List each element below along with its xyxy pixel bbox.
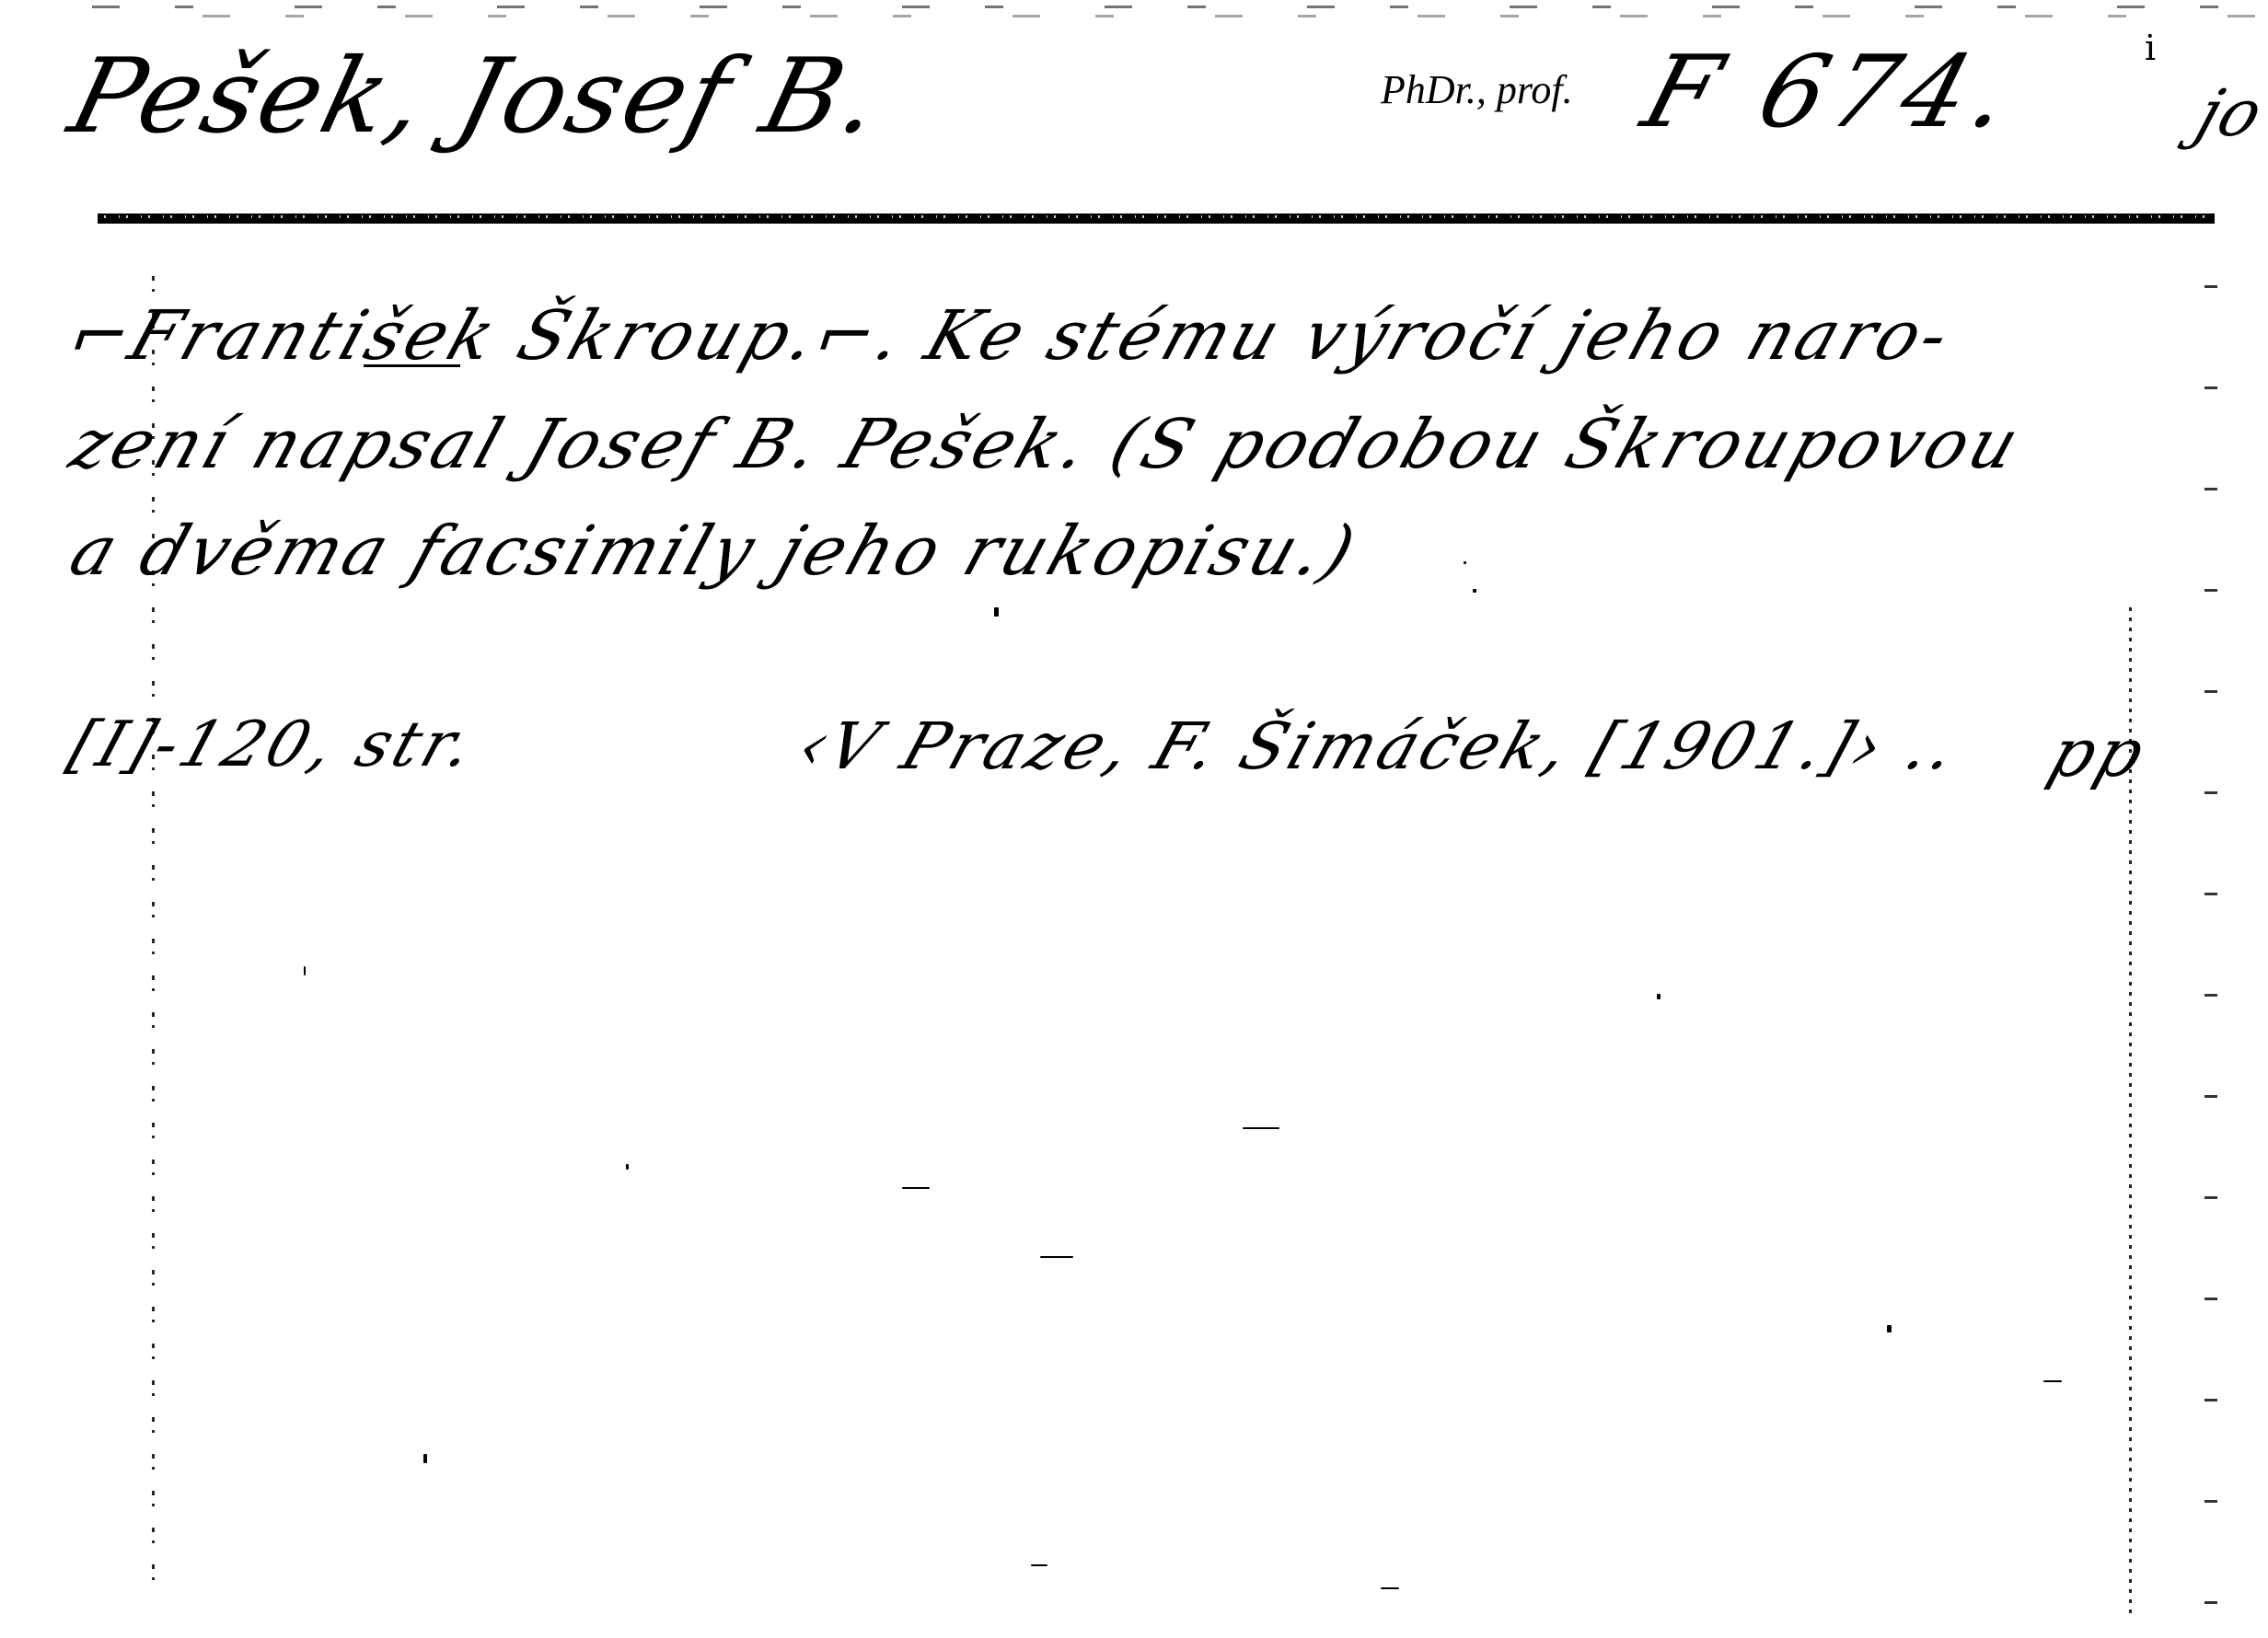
scan-speck [626,1164,629,1170]
cataloger-initials: jo [2188,75,2268,151]
title-line-1: ⌐František Škroup.⌐. Ke stému výročí jeh… [59,296,1962,375]
scan-speck [1657,994,1660,999]
corner-mark: i [2145,28,2157,68]
scan-speck [1040,1256,1073,1258]
academic-degree: PhDr., prof. [1381,66,1573,113]
shelfmark: F 674. [1631,35,2031,150]
title-line-3: a dvěma facsimily jeho rukopisu.) [61,512,1368,591]
collation: [I]-120, str. [60,709,485,781]
title-line-2: zení napsal Josef B. Pešek. (S podobou Š… [61,405,2031,484]
scan-speck [994,607,999,617]
scan-speck [1243,1127,1279,1129]
scan-speck [2043,1380,2062,1382]
cataloger-mark: pp [2040,714,2157,791]
scan-speck [1473,589,1476,593]
scan-speck [304,966,306,975]
scan-speck [1031,1564,1047,1566]
header-divider [98,213,2215,224]
edge-marks [2204,230,2217,1629]
imprint: ‹V Praze, F. Šimáček, [1901.]› .. [789,709,1969,784]
scan-speck [1464,561,1466,564]
author-heading: Pešek, Josef B. [59,37,895,156]
catalog-card: Pešek, Josef B. PhDr., prof. F 674. i jo… [0,0,2268,1638]
scan-speck [902,1187,930,1189]
scan-speck [1887,1325,1892,1332]
title-underline [364,364,460,367]
scan-speck [1381,1587,1399,1589]
scan-noise-top [55,6,2227,8]
scan-noise-top-2 [166,15,2268,17]
scan-speck [423,1454,427,1463]
